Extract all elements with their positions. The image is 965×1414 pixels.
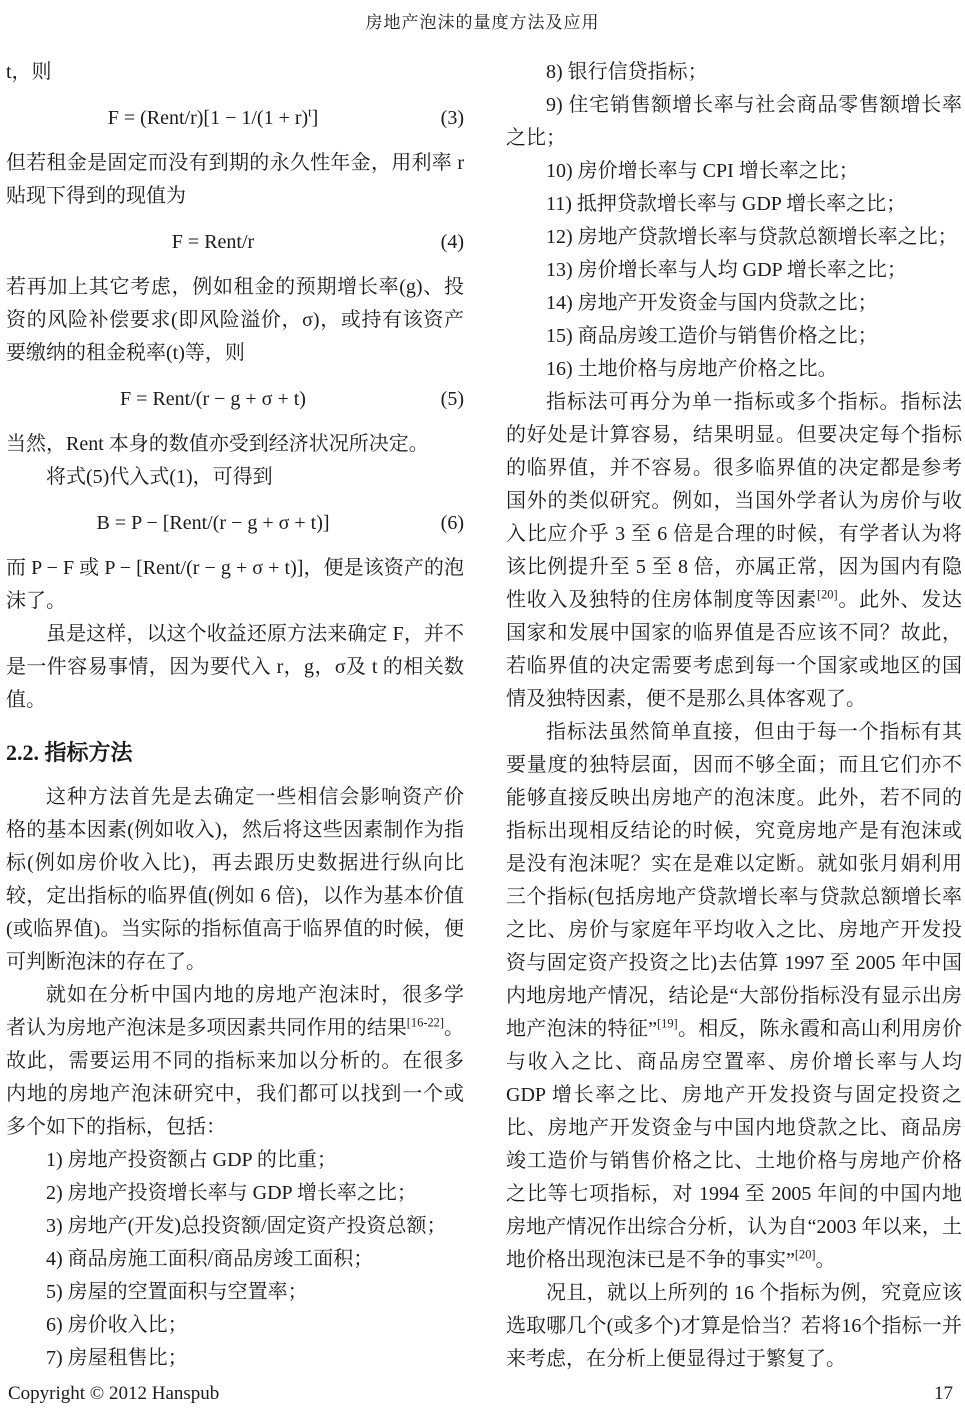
footer-page-number: 17 [934,1383,953,1405]
formula-3-number: (3) [420,98,464,138]
paragraph-selection: 况且，就以上所列的 16 个指标为例，究竟应该选取哪几个(或多个)才算是恰当？若… [506,1277,962,1376]
indicator-item-11: 11) 抵押贷款增长率与 GDP 增长率之比； [506,188,962,221]
formula-4-number: (4) [420,222,464,262]
paragraph-other-factors: 若再加上其它考虑，例如租金的预期增长率(g)、投资的风险补偿要求(即风险溢价，σ… [6,271,464,370]
left-column: t，则 F = (Rent/r)[1 − 1/(1 + r)t] (3) 但若租… [6,56,464,1375]
intro-line: t，则 [6,56,464,89]
indicator-item-12: 12) 房地产贷款增长率与贷款总额增长率之比； [506,221,962,254]
indicator-list-8-16: 8) 银行信贷指标； 9) 住宅销售额增长率与社会商品零售额增长率之比； 10)… [506,56,962,386]
page-title: 房地产泡沫的量度方法及应用 [366,13,600,32]
indicator-item-10: 10) 房价增长率与 CPI 增长率之比； [506,155,962,188]
paragraph-mainland: 就如在分析中国内地的房地产泡沫时，很多学者认为房地产泡沫是多项因素共同作用的结果… [6,979,464,1144]
formula-4-expression: F = Rent/r [6,222,420,262]
indicator-item-15: 15) 商品房竣工造价与销售价格之比； [506,320,962,353]
indicator-item-8: 8) 银行信贷指标； [506,56,962,89]
indicator-list-1-7: 1) 房地产投资额占 GDP 的比重； 2) 房地产投资增长率与 GDP 增长率… [6,1144,464,1375]
indicator-item-1: 1) 房地产投资额占 GDP 的比重； [6,1144,464,1177]
page-footer: Copyright © 2012 Hanspub 17 [8,1383,953,1405]
section-heading-2-2: 2.2. 指标方法 [6,738,464,768]
paragraph-method-intro: 这种方法首先是去确定一些相信会影响资产价格的基本因素(例如收入)，然后将这些因素… [6,781,464,979]
paragraph-rent-economy: 当然，Rent 本身的数值亦受到经济状况所决定。 [6,428,464,461]
formula-5-number: (5) [420,379,464,419]
indicator-item-4: 4) 商品房施工面积/商品房竣工面积； [6,1243,464,1276]
indicator-item-16: 16) 土地价格与房地产价格之比。 [506,353,962,386]
footer-copyright: Copyright © 2012 Hanspub [8,1383,219,1405]
indicator-item-14: 14) 房地产开发资金与国内贷款之比； [506,287,962,320]
paragraph-limitations: 指标法虽然简单直接，但由于每一个指标有其要量度的独特层面，因而不够全面；而且它们… [506,716,962,1277]
indicator-item-13: 13) 房价增长率与人均 GDP 增长率之比； [506,254,962,287]
indicator-item-9: 9) 住宅销售额增长率与社会商品零售额增长率之比； [506,89,962,155]
formula-6: B = P − [Rent/(r − g + σ + t)] (6) [6,503,464,543]
indicator-item-5: 5) 房屋的空置面积与空置率； [6,1276,464,1309]
right-column: 8) 银行信贷指标； 9) 住宅销售额增长率与社会商品零售额增长率之比； 10)… [506,56,962,1376]
paragraph-indicator-method: 指标法可再分为单一指标或多个指标。指标法的好处是计算容易，结果明显。但要决定每个… [506,386,962,716]
indicator-item-7: 7) 房屋租售比； [6,1342,464,1375]
formula-6-number: (6) [420,503,464,543]
formula-4: F = Rent/r (4) [6,222,464,262]
indicator-item-2: 2) 房地产投资增长率与 GDP 增长率之比； [6,1177,464,1210]
paragraph-fixed-rent: 但若租金是固定而没有到期的永久性年金，用利率 r 贴现下得到的现值为 [6,147,464,213]
paragraph-substitute: 将式(5)代入式(1)，可得到 [6,461,464,494]
indicator-item-3: 3) 房地产(开发)总投资额/固定资产投资总额； [6,1210,464,1243]
formula-5-expression: F = Rent/(r − g + σ + t) [6,379,420,419]
paragraph-difficulty: 虽是这样，以这个收益还原方法来确定 F，并不是一件容易事情，因为要代入 r，g，… [6,618,464,717]
formula-6-expression: B = P − [Rent/(r − g + σ + t)] [6,503,420,543]
formula-3-expression: F = (Rent/r)[1 − 1/(1 + r)t] [6,98,420,138]
paragraph-bubble-definition: 而 P − F 或 P − [Rent/(r − g + σ + t)]，便是该… [6,552,464,618]
formula-3: F = (Rent/r)[1 − 1/(1 + r)t] (3) [6,98,464,138]
formula-5: F = Rent/(r − g + σ + t) (5) [6,379,464,419]
indicator-item-6: 6) 房价收入比； [6,1309,464,1342]
page-header: 房地产泡沫的量度方法及应用 [0,8,965,33]
